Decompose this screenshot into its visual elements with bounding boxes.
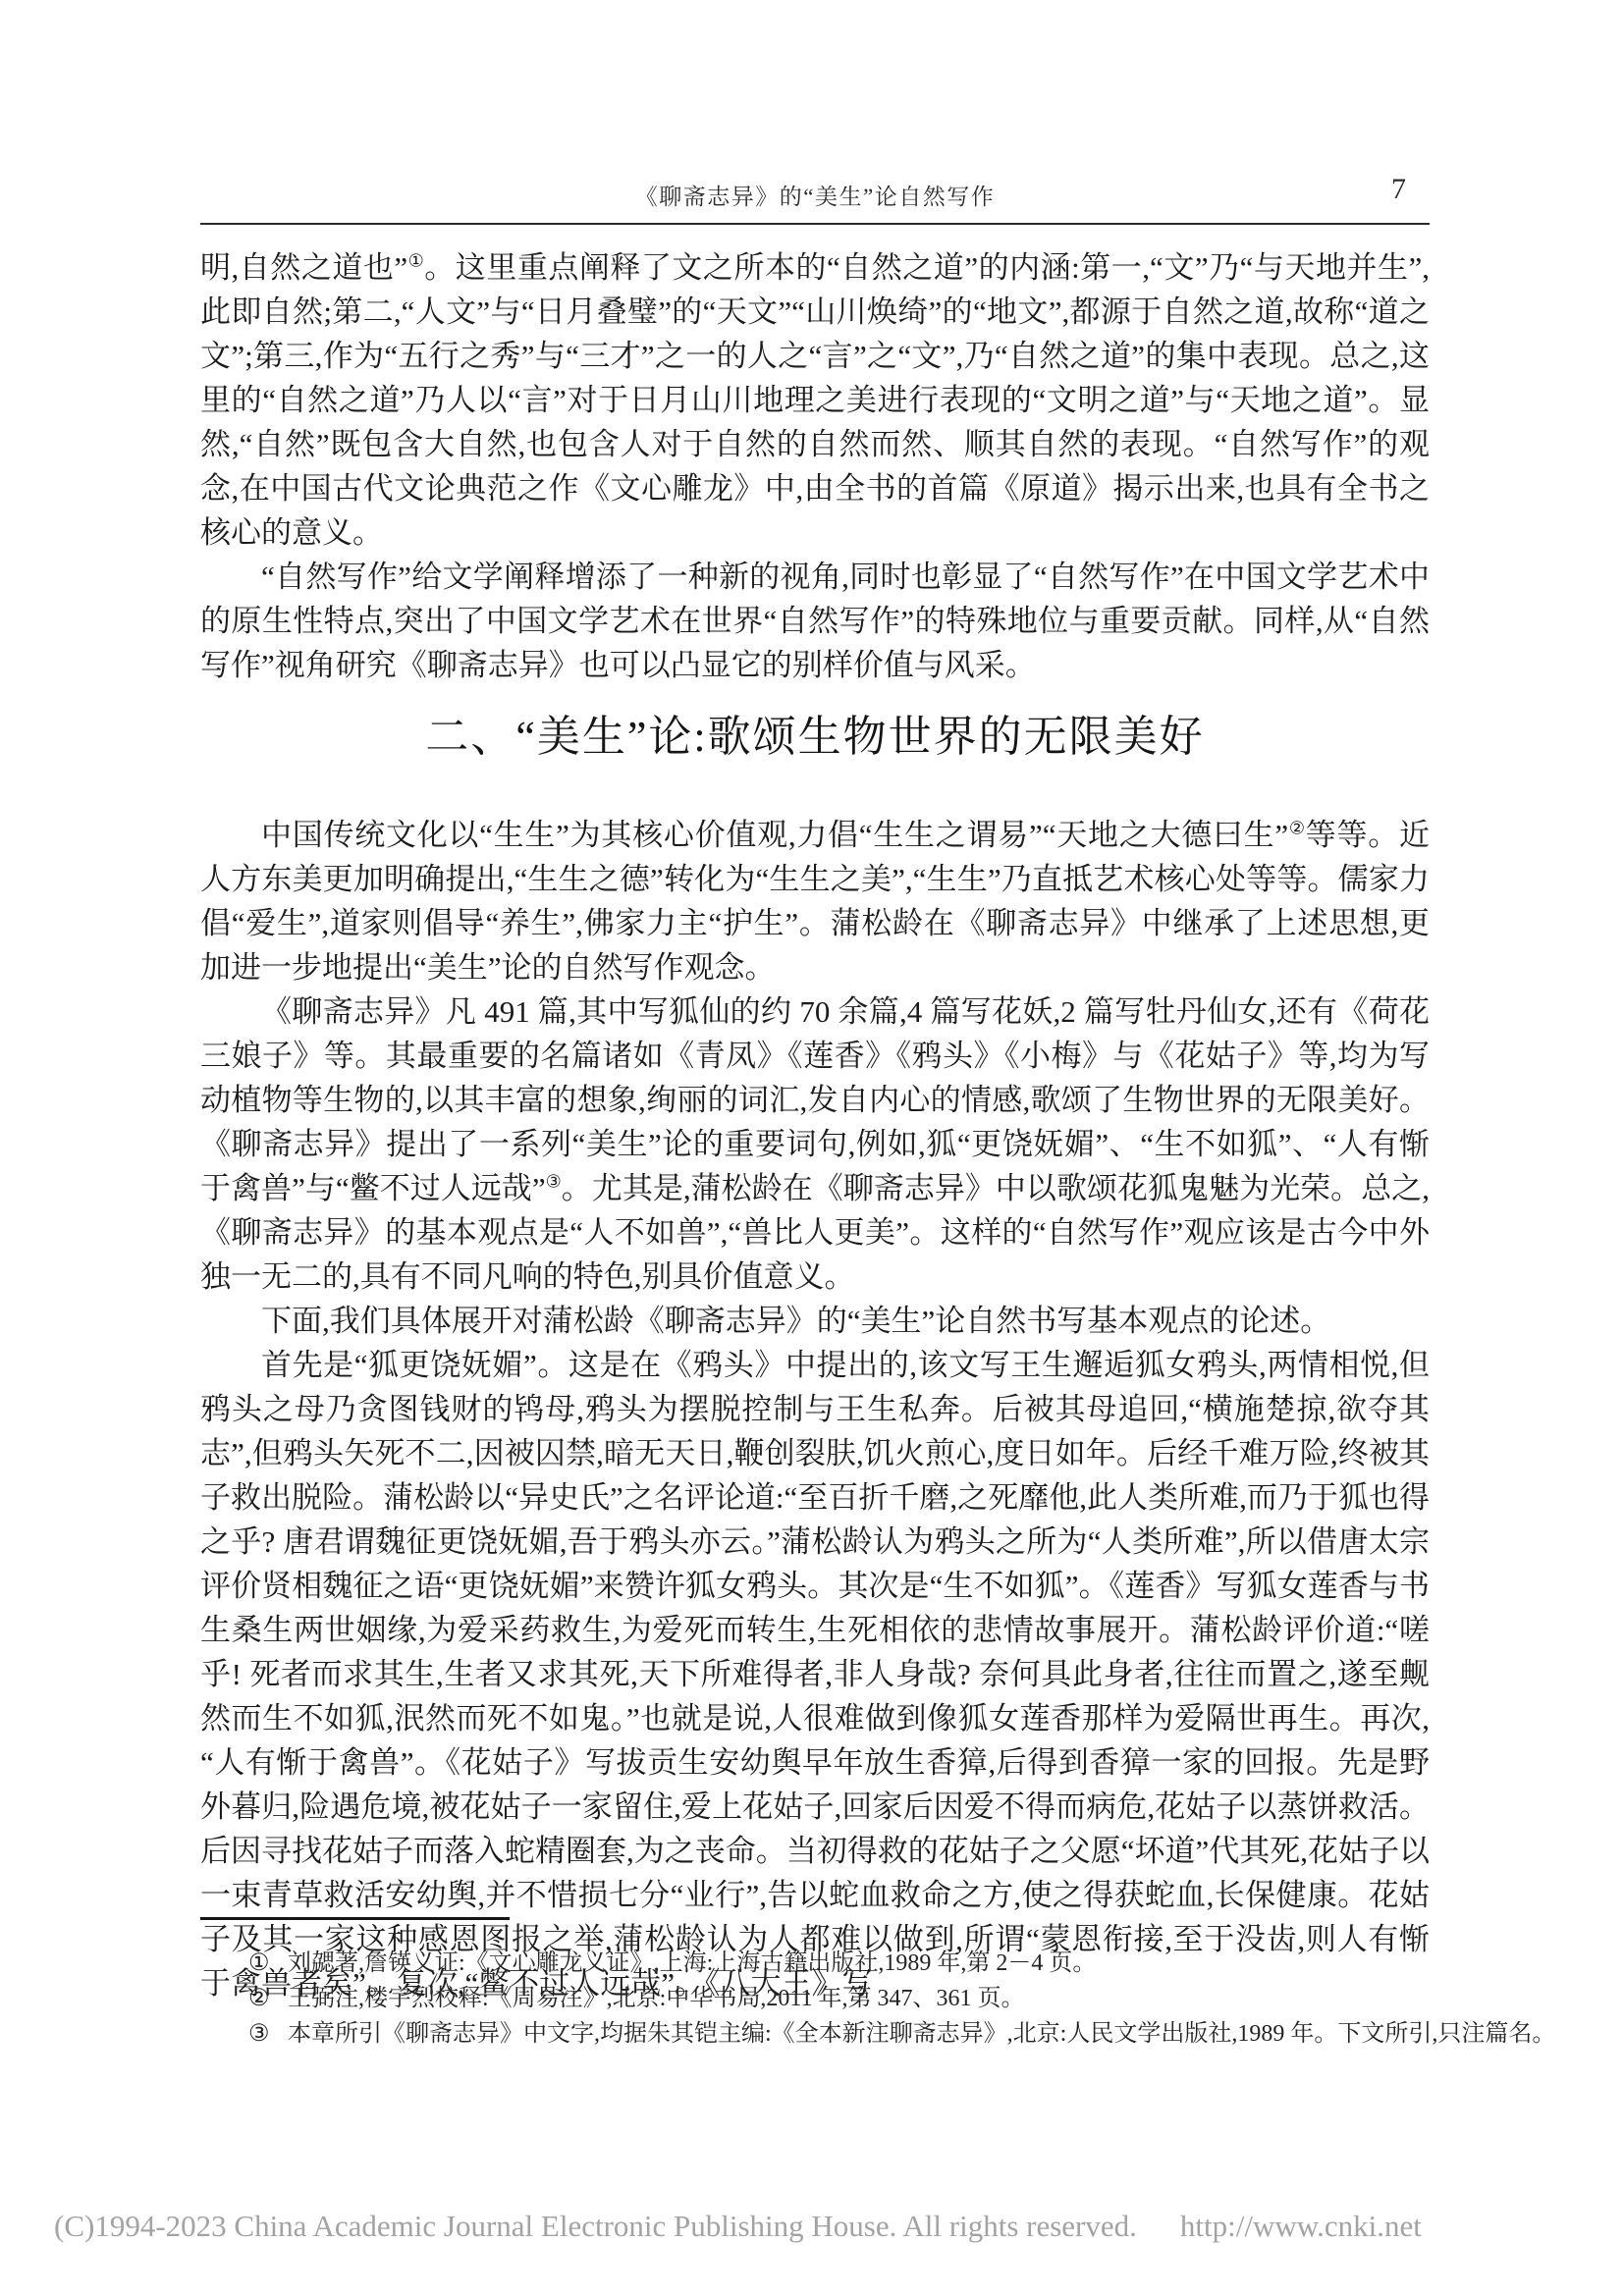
page-number: 7 [1391, 173, 1406, 206]
paragraph: 《聊斋志异》凡 491 篇,其中写狐仙的约 70 余篇,4 篇写花妖,2 篇写牡… [200, 989, 1430, 1299]
footnote: ③ 本章所引《聊斋志异》中文字,均据朱其铠主编:《全本新注聊斋志异》,北京:人民… [200, 2016, 1506, 2052]
footnote: ② 王弼注,楼宇烈校释:《周易注》,北京:中华书局,2011 年,第 347、3… [200, 1981, 1506, 2016]
footnotes: ① 刘勰著,詹锳义证:《文心雕龙义证》,上海:上海古籍出版社,1989 年,第 … [200, 1946, 1506, 2052]
page-header: 《聊斋志异》的“美生”论自然写作 7 [200, 177, 1430, 222]
paragraph: 中国传统文化以“生生”为其核心价值观,力倡“生生之谓易”“天地之大德曰生”②等等… [200, 813, 1430, 989]
footnote-ref: ② [1288, 819, 1306, 838]
footnote-marker: ③ [248, 2016, 288, 2052]
footnote-marker: ① [248, 1946, 288, 1981]
footnote-text: 本章所引《聊斋志异》中文字,均据朱其铠主编:《全本新注聊斋志异》,北京:人民文学… [288, 2016, 1555, 2052]
copyright-text: (C)1994-2023 China Academic Journal Elec… [54, 2209, 1137, 2244]
footnote-ref: ① [407, 251, 424, 271]
header-rule [200, 223, 1430, 225]
section-heading: 二、“美生”论:歌颂生物世界的无限美好 [200, 709, 1430, 766]
content: 明,自然之道也”①。这里重点阐释了文之所本的“自然之道”的内涵:第一,“文”乃“… [200, 245, 1430, 2005]
paragraph: 下面,我们具体展开对蒲松龄《聊斋志异》的“美生”论自然书写基本观点的论述。 [200, 1299, 1430, 1343]
document-page: 《聊斋志异》的“美生”论自然写作 7 明,自然之道也”①。这里重点阐释了文之所本… [0, 0, 1623, 2296]
footnote: ① 刘勰著,詹锳义证:《文心雕龙义证》,上海:上海古籍出版社,1989 年,第 … [200, 1946, 1506, 1981]
footnote-separator [200, 1917, 510, 1920]
footnote-text: 刘勰著,詹锳义证:《文心雕龙义证》,上海:上海古籍出版社,1989 年,第 2－… [288, 1946, 1096, 1981]
running-head-title: 《聊斋志异》的“美生”论自然写作 [200, 179, 1430, 211]
footnote-text: 王弼注,楼宇烈校释:《周易注》,北京:中华书局,2011 年,第 347、361… [288, 1981, 1024, 2016]
paragraph: 首先是“狐更饶妩媚”。这是在《鸦头》中提出的,该文写王生邂逅狐女鸦头,两情相悦,… [200, 1343, 1430, 2005]
footnote-marker: ② [248, 1981, 288, 2016]
paragraph: 明,自然之道也”①。这里重点阐释了文之所本的“自然之道”的内涵:第一,“文”乃“… [200, 245, 1430, 555]
footnote-ref: ③ [546, 1172, 562, 1192]
footer-url: http://www.cnki.net [1180, 2209, 1422, 2244]
page-footer: (C)1994-2023 China Academic Journal Elec… [54, 2209, 1584, 2244]
paragraph: “自然写作”给文学阐释增添了一种新的视角,同时也彰显了“自然写作”在中国文学艺术… [200, 555, 1430, 687]
